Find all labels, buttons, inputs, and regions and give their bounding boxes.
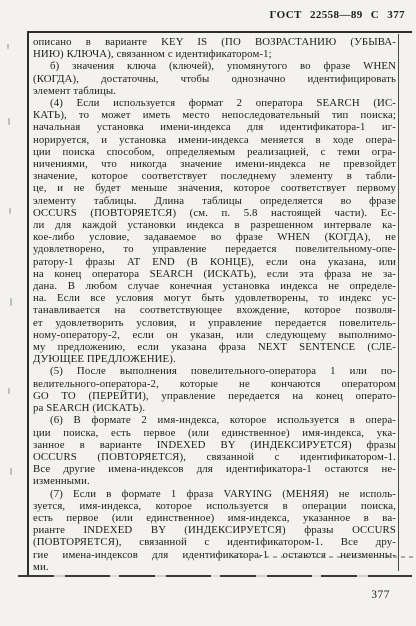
text-line: велительного-оператора-2, которые не кон… [33,378,396,390]
text-line: (5) После выполнения повелительного-опер… [33,365,396,377]
text-line: (6) В формате 2 имя-индекса, которое исп… [33,414,396,426]
text-line: на. Если все условия могут быть удовлетв… [33,292,396,304]
scan-artifact-dotted-line [233,556,413,558]
text-line: дана. В любом случае конечная установка … [33,280,396,292]
frame-border-top [27,31,412,33]
text-line: норируется, и установка имени-индекса ме… [33,134,396,146]
text-line: ному-оператору-2, если он указан, или сл… [33,329,396,341]
text-line: НИЮ) КЛЮЧА), связанном с идентификатором… [33,48,396,60]
scan-speck [7,44,9,49]
text-line: ДУЮЩЕЕ ПРЕДЛОЖЕНИЕ). [33,353,396,365]
text-line: OCCURS (ПОВТОРЯЕТСЯ), связанной с иденти… [33,451,396,463]
text-line: Все другие имена-индексов для идентифика… [33,463,396,475]
frame-border-right [398,34,399,571]
frame-border-bottom [18,575,412,577]
text-line: ра SEARCH (ИСКАТЬ). [33,402,396,414]
text-line: начальная установка имени-индекса для ид… [33,121,396,133]
text-line: занное в варианте INDEXED BY (ИНДЕКСИРУЕ… [33,439,396,451]
text-line: элемент таблицы. [33,85,396,97]
text-line: описано в варианте KEY IS (ПО ВОЗРАСТАНИ… [33,36,396,48]
text-line: зуется, имя-индекса, которое используетс… [33,500,396,512]
text-line: удовлетворено, то управление передается … [33,243,396,255]
text-line: GO TO (ПЕРЕЙТИ), управление передается н… [33,390,396,402]
scan-speck [8,118,10,125]
text-line: ничениями, что никогда значение имени-ин… [33,158,396,170]
text-line: (4) Если используется формат 2 оператора… [33,97,396,109]
frame-border-left [27,31,29,577]
text-line: (ПОВТОРЯЕТСЯ), связанной с идентификатор… [33,536,396,548]
scan-speck [9,208,11,214]
text-line: (7) Если в формате 1 фраза VARYING (МЕНЯ… [33,488,396,500]
text-line: ции поиска способом, определяемым реализ… [33,146,396,158]
text-line: есть первое (или единственное) имя-индек… [33,512,396,524]
text-line: ли для каждой установки индекса в разреш… [33,219,396,231]
text-line: ции поиска, есть первое (или единственно… [33,427,396,439]
text-line: рианте INDEXED BY (ИНДЕКСИРУЕТСЯ) фразы … [33,524,396,536]
scan-speck [10,298,12,306]
text-line: значение, которое соответствует последне… [33,170,396,182]
document-page: ГОСТ 22558—89 С 377 описано в варианте K… [0,0,416,626]
text-line: (КОГДА), достаточны, чтобы однозначно ид… [33,73,396,85]
text-line: ми. [33,561,396,573]
scan-speck [10,468,12,475]
page-number: 377 [371,589,390,601]
text-line: изменными. [33,475,396,487]
running-header: ГОСТ 22558—89 С 377 [270,9,406,21]
text-line: б) значения ключа (ключей), упомянутого … [33,60,396,72]
text-body: описано в варианте KEY IS (ПО ВОЗРАСТАНИ… [33,36,396,573]
text-line: на конец оператора SEARCH (ИСКАТЬ), если… [33,268,396,280]
text-line: элементу таблицы. Длина таблицы определя… [33,195,396,207]
text-line: це, и не будет меньше значения, которое … [33,182,396,194]
text-line: гие имена-индексов для идентификатора-1 … [33,549,396,561]
text-line: OCCURS (ПОВТОРЯЕТСЯ) (см. п. 5.8 настоящ… [33,207,396,219]
text-line: ет удовлетворить условия, и управление п… [33,317,396,329]
text-line: му предложению, если указана фраза NEXT … [33,341,396,353]
text-line: кое-либо условие, задаваемое во фразе WH… [33,231,396,243]
text-line: КАТЬ), то может иметь место непоследоват… [33,109,396,121]
scan-speck [8,388,10,394]
text-line: ратору-1 фразы AT END (В КОНЦЕ), если он… [33,256,396,268]
text-line: танавливается на соответствующее вхожден… [33,304,396,316]
